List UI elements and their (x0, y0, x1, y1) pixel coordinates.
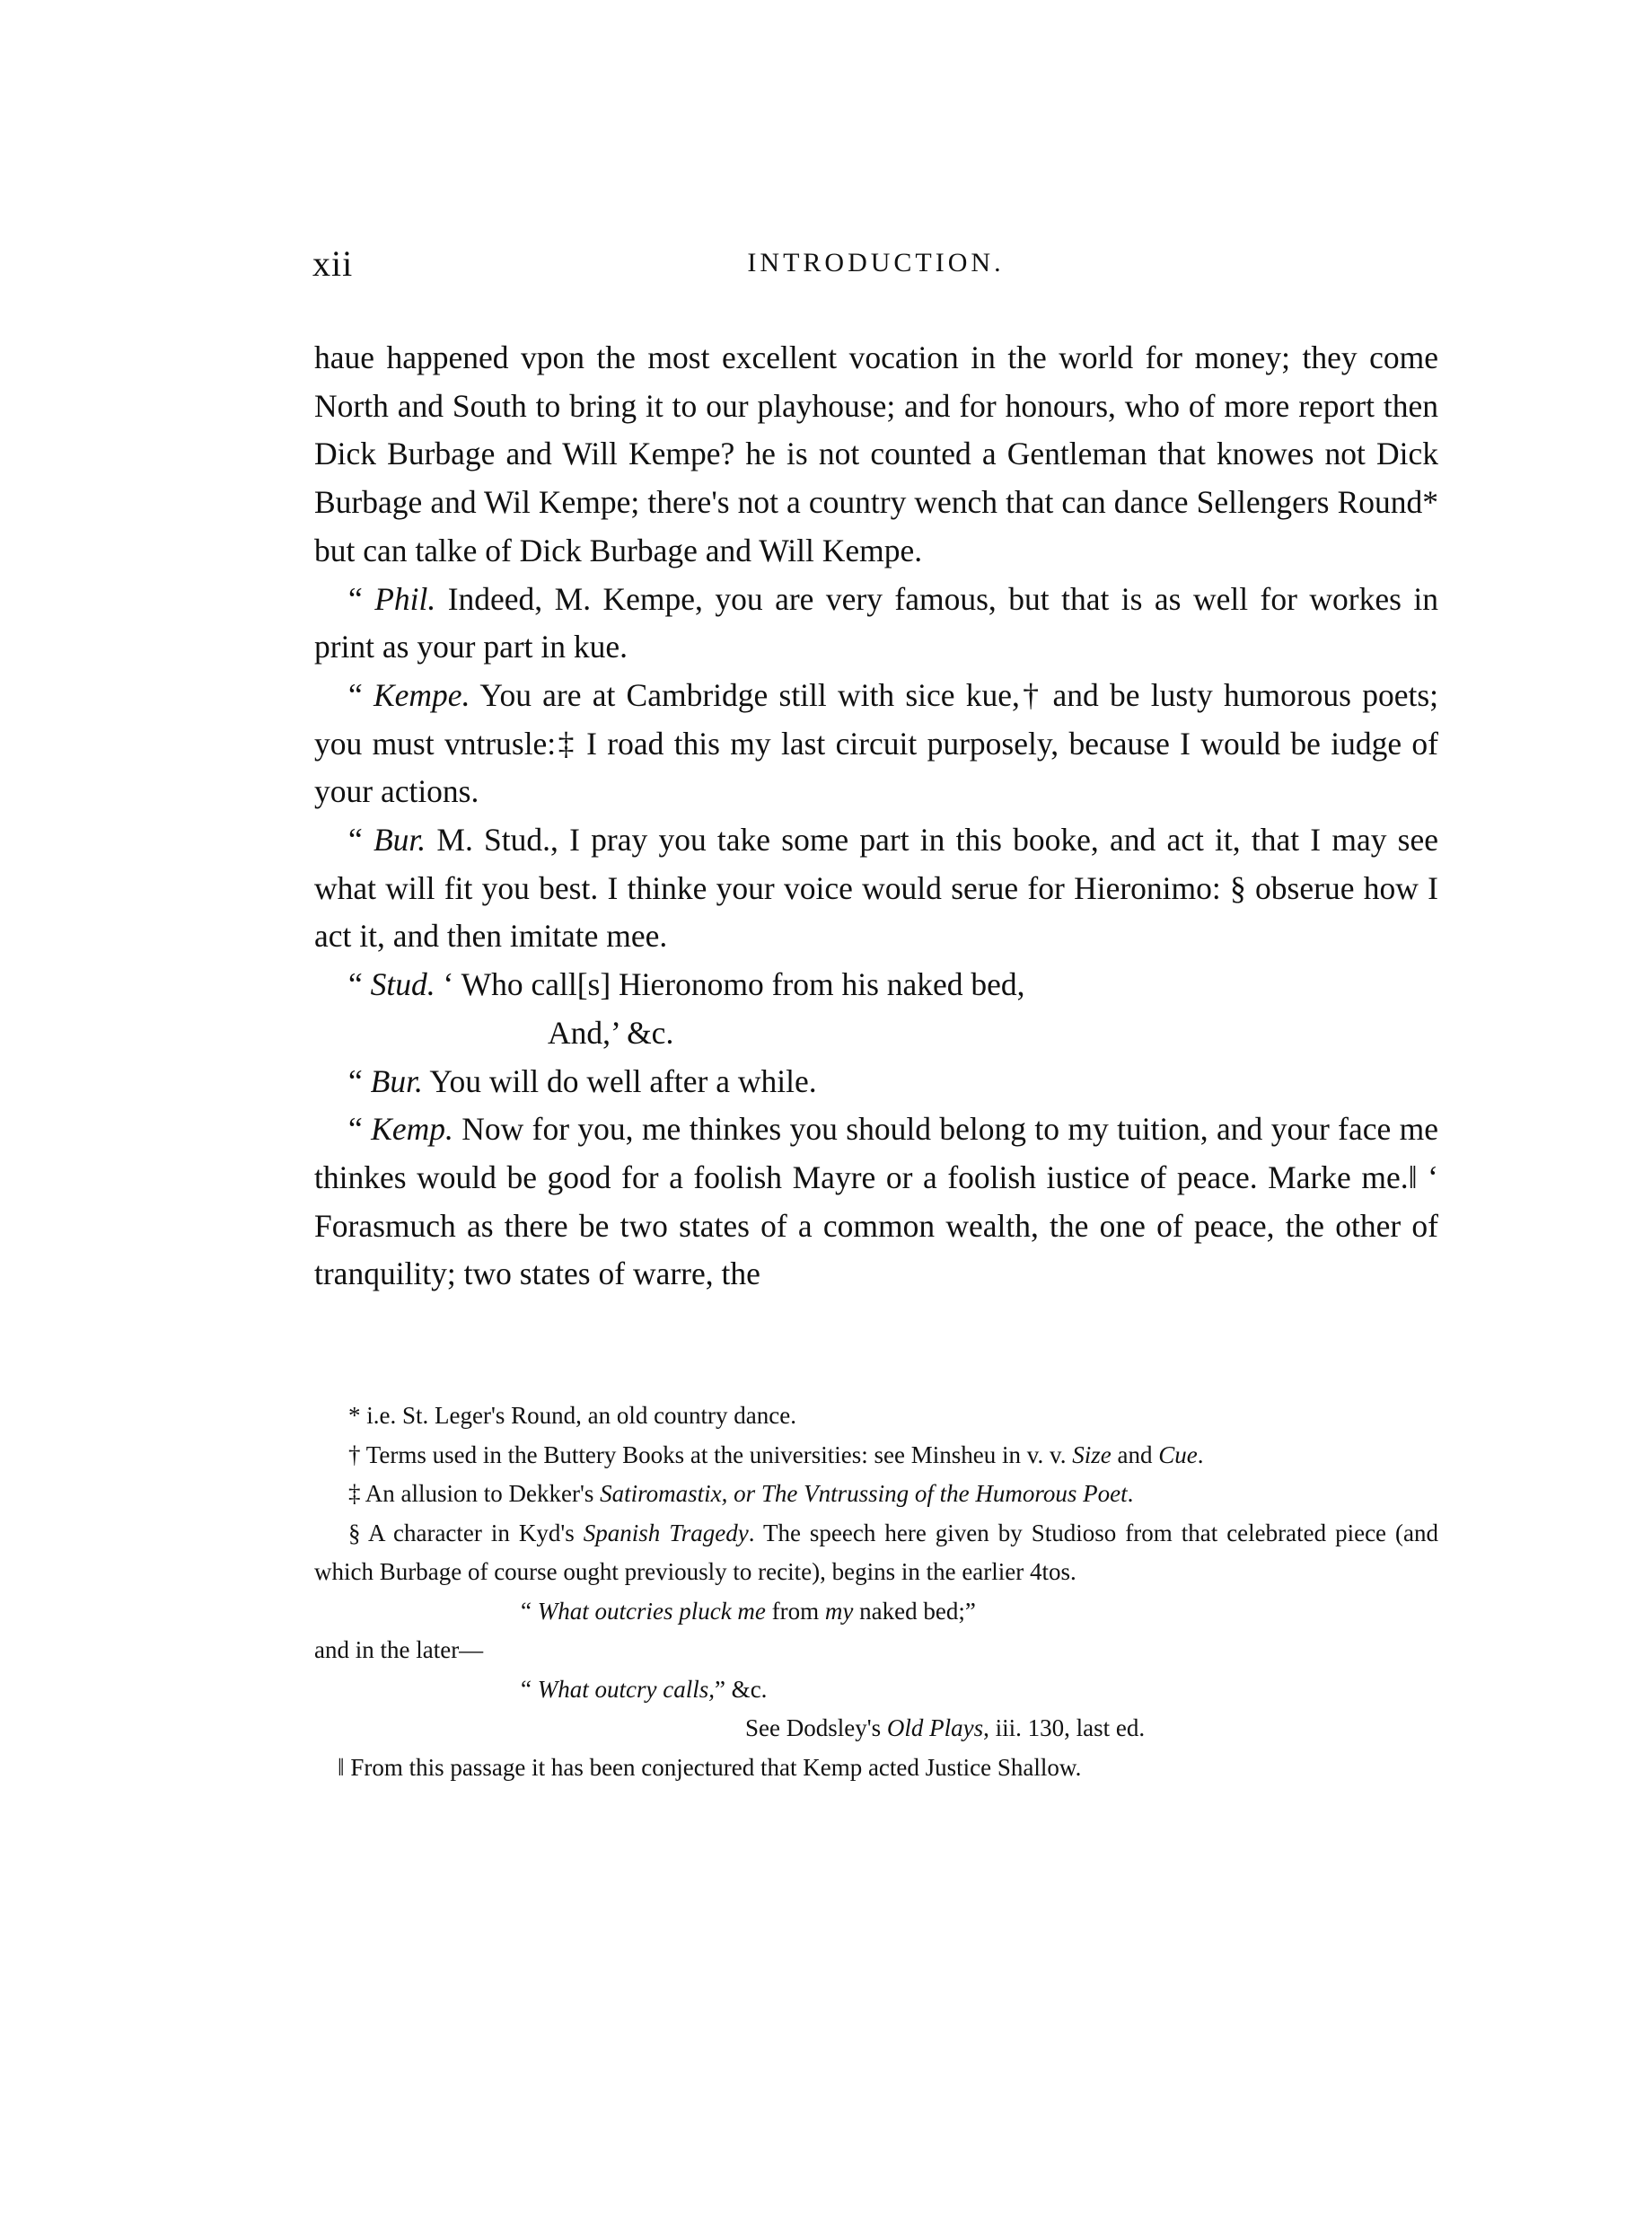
speaker-name: Bur. (371, 1063, 423, 1099)
open-quote: “ (521, 1676, 538, 1703)
footnote-text: i.e. St. Leger's Round, an old country d… (366, 1402, 796, 1429)
footnote-mark: ‖ (338, 1754, 350, 1781)
footnote-later: and in the later— (314, 1631, 1438, 1670)
footnote-text: See Dodsley's (745, 1714, 887, 1741)
italic-quote: my (825, 1598, 853, 1625)
open-quote: “ (521, 1598, 538, 1625)
footnote-mark: ‡ (348, 1480, 365, 1507)
footnote-text: . (1128, 1480, 1134, 1507)
paragraph-continued: haue happened vpon the most excellent vo… (314, 334, 1438, 576)
speech-text: You are at Cambridge still with sice kue… (314, 677, 1438, 809)
footnote-quote-2: “ What outcry calls,” &c. (314, 1670, 1438, 1710)
footnote-citation: See Dodsley's Old Plays, iii. 130, last … (314, 1709, 1438, 1749)
footnote-text: from (766, 1598, 825, 1625)
italic-title: Old Plays (887, 1714, 983, 1741)
verse-continuation: And,’ &c. (314, 1009, 1438, 1058)
dialogue-phil: “ Phil. Indeed, M. Kempe, you are very f… (314, 576, 1438, 672)
main-text: haue happened vpon the most excellent vo… (314, 334, 1438, 1299)
footnote-text: A character in Kyd's (368, 1520, 584, 1546)
dialogue-bur-2: “ Bur. You will do well after a while. (314, 1058, 1438, 1106)
footnote-mark: * (348, 1402, 366, 1429)
footnote-mark: § (348, 1520, 368, 1546)
running-head: INTRODUCTION. (312, 248, 1439, 278)
open-quote: “ (348, 966, 371, 1002)
footnote-mark: † (348, 1441, 366, 1468)
open-quote: “ (348, 677, 373, 713)
speech-text: ‘ Who call[s] Hieronomo from his naked b… (435, 966, 1025, 1002)
footnote-section: § A character in Kyd's Spanish Tragedy. … (314, 1514, 1438, 1592)
speech-text: You will do well after a while. (423, 1063, 817, 1099)
italic-quote: What outcry calls, (538, 1676, 715, 1703)
speaker-name: Kemp. (371, 1111, 453, 1147)
italic-title: Spanish Tragedy (584, 1520, 749, 1546)
footnote-quote-1: “ What outcries pluck me from my naked b… (314, 1592, 1438, 1632)
open-quote: “ (348, 1111, 371, 1147)
footnote-text: Terms used in the Buttery Books at the u… (366, 1441, 1073, 1468)
italic-term: Size (1072, 1441, 1112, 1468)
speech-text: Indeed, M. Kempe, you are very famous, b… (314, 581, 1438, 665)
footnote-dagger: † Terms used in the Buttery Books at the… (314, 1436, 1438, 1476)
footnote-text: , iii. 130, last ed. (983, 1714, 1145, 1741)
speaker-name: Stud. (371, 966, 435, 1002)
footnote-asterisk: * i.e. St. Leger's Round, an old country… (314, 1396, 1438, 1436)
footnote-text: An allusion to Dekker's (365, 1480, 600, 1507)
open-quote: “ (348, 581, 374, 617)
dialogue-bur: “ Bur. M. Stud., I pray you take some pa… (314, 816, 1438, 961)
italic-term: Cue (1158, 1441, 1198, 1468)
open-quote: “ (348, 1063, 371, 1099)
footnote-text: and (1112, 1441, 1158, 1468)
footnote-text: naked bed;” (853, 1598, 975, 1625)
footnote-text: From this passage it has been conjecture… (350, 1754, 1081, 1781)
speech-text: Now for you, me thinkes you should belon… (314, 1111, 1438, 1291)
page-header: xii INTRODUCTION. (312, 242, 1439, 296)
speaker-name: Kempe. (373, 677, 470, 713)
speaker-name: Phil. (374, 581, 435, 617)
italic-quote: What outcries pluck me (538, 1598, 766, 1625)
italic-title: Satiromastix, or The Vntrussing of the H… (600, 1480, 1128, 1507)
footnote-double-dagger: ‡ An allusion to Dekker's Satiromastix, … (314, 1475, 1438, 1514)
dialogue-kempe: “ Kempe. You are at Cambridge still with… (314, 672, 1438, 816)
book-page: xii INTRODUCTION. haue happened vpon the… (0, 0, 1652, 2220)
footnote-text: ” &c. (715, 1676, 767, 1703)
footnote-double-bar: ‖ From this passage it has been conjectu… (314, 1749, 1438, 1788)
dialogue-kemp: “ Kemp. Now for you, me thinkes you shou… (314, 1106, 1438, 1299)
open-quote: “ (348, 822, 373, 858)
speaker-name: Bur. (373, 822, 426, 858)
footnotes: * i.e. St. Leger's Round, an old country… (314, 1396, 1438, 1787)
dialogue-stud: “ Stud. ‘ Who call[s] Hieronomo from his… (314, 961, 1438, 1009)
footnote-text: . (1198, 1441, 1204, 1468)
speech-text: M. Stud., I pray you take some part in t… (314, 822, 1438, 954)
